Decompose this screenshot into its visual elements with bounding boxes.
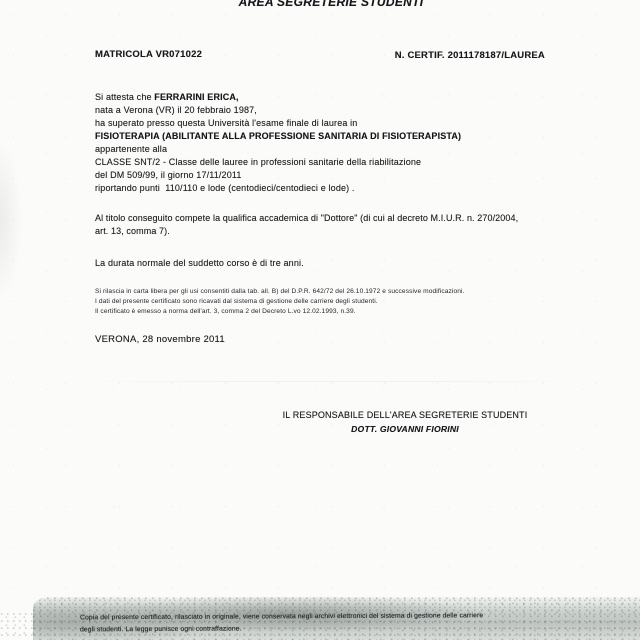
final-score-line: riportando punti 110/110 e lode (centodi… bbox=[95, 182, 565, 195]
signature-block: IL RESPONSABILE DELL'AREA SEGRETERIE STU… bbox=[262, 410, 548, 434]
attestation-prefix: Si attesta che bbox=[95, 92, 154, 102]
legal-note-decree: Il certificato è emesso a norma dell'art… bbox=[95, 307, 555, 317]
signatory-name: DOTT. GIOVANNI FIORINI bbox=[262, 424, 548, 434]
department-header: AREA SEGRETERIE STUDENTI bbox=[11, 0, 640, 9]
course-duration-line: La durata normale del suddetto corso è d… bbox=[95, 258, 495, 268]
degree-title-line: FISIOTERAPIA (ABILITANTE ALLA PROFESSION… bbox=[95, 130, 565, 143]
place-and-date: VERONA, 28 novembre 2011 bbox=[95, 334, 225, 345]
birth-line: nata a Verona (VR) il 20 febbraio 1987, bbox=[95, 104, 565, 117]
scan-corner-speckle bbox=[0, 612, 34, 640]
qualification-paragraph: Al titolo conseguito compete la qualific… bbox=[95, 212, 575, 238]
qualification-line-1: Al titolo conseguito compete la qualific… bbox=[95, 212, 575, 225]
signature-role: IL RESPONSABILE DELL'AREA SEGRETERIE STU… bbox=[262, 410, 548, 420]
belongs-line: appartenente alla bbox=[95, 143, 565, 156]
attestation-paragraph: Si attesta che FERRARINI ERICA, nata a V… bbox=[95, 91, 565, 195]
footer-note: Copia del presente certificato, rilascia… bbox=[80, 610, 600, 636]
page-curl-shadow bbox=[0, 105, 32, 335]
qualification-line-2: art. 13, comma 7). bbox=[95, 225, 575, 238]
scanned-certificate-page: AREA SEGRETERIE STUDENTI MATRICOLA VR071… bbox=[0, 0, 640, 640]
legal-note-stamp-duty: Si rilascia in carta libera per gli usi … bbox=[95, 287, 555, 297]
student-name: FERRARINI ERICA, bbox=[154, 92, 238, 102]
exam-line: ha superato presso questa Università l'e… bbox=[95, 117, 565, 130]
legal-note-data-source: I dati del presente certificato sono ric… bbox=[95, 297, 555, 307]
scan-artifact-rule bbox=[70, 381, 590, 382]
degree-class-line: CLASSE SNT/2 - Classe delle lauree in pr… bbox=[95, 156, 565, 169]
legal-notes: Si rilascia in carta libera per gli usi … bbox=[95, 287, 555, 317]
student-id: MATRICOLA VR071022 bbox=[95, 49, 202, 60]
attestation-intro-line: Si attesta che FERRARINI ERICA, bbox=[95, 91, 565, 104]
certificate-number: N. CERTIF. 2011178187/LAUREA bbox=[395, 50, 545, 61]
decree-date-line: del DM 509/99, il giorno 17/11/2011 bbox=[95, 169, 565, 182]
